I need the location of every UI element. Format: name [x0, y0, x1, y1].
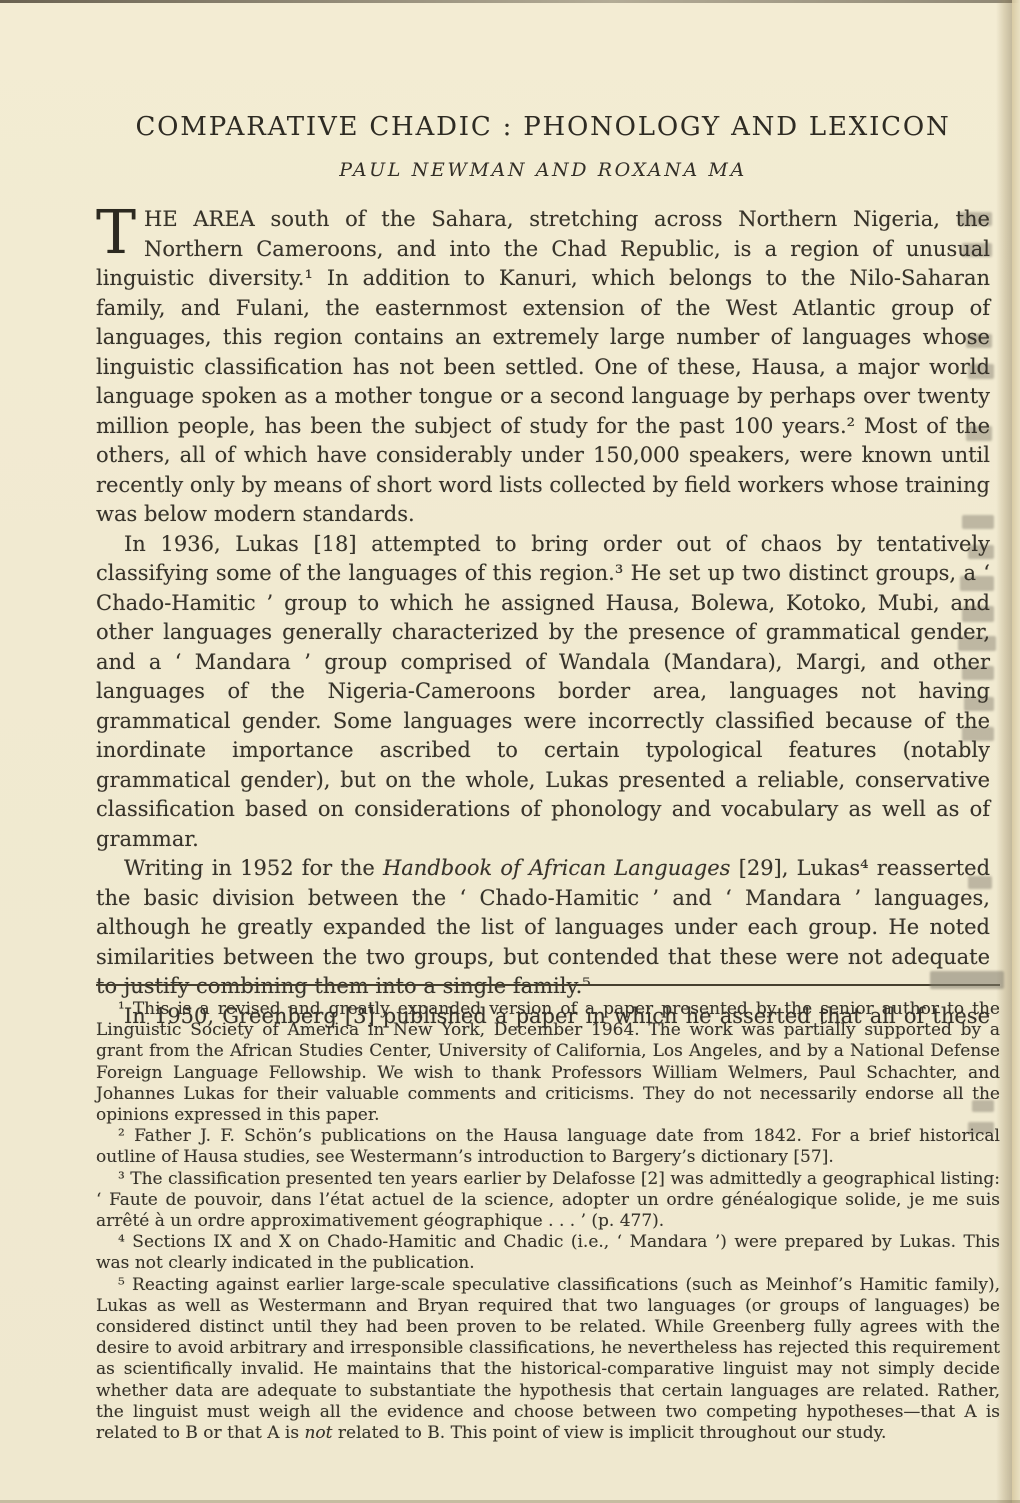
footnotes-block: ¹ This is a revised and greatly expanded… — [96, 999, 1000, 1444]
footnote-separator-rule — [96, 984, 1000, 986]
body-paragraph-3: Writing in 1952 for the Handbook of Afri… — [96, 854, 990, 1002]
article-body: THE AREA south of the Sahara, stretching… — [96, 205, 990, 1031]
footnote-5: ⁵ Reacting against earlier large-scale s… — [96, 1275, 1000, 1445]
dropcap-letter: T — [96, 205, 144, 259]
footnote-4: ⁴ Sections IX and X on Chado-Hamitic and… — [96, 1232, 1000, 1274]
body-paragraph-2: In 1936, Lukas [18] attempted to bring o… — [96, 530, 990, 855]
footnote-1: ¹ This is a revised and greatly expanded… — [96, 999, 1000, 1126]
scan-page-edge — [1012, 0, 1020, 1503]
footnote-3: ³ The classification presented ten years… — [96, 1169, 1000, 1233]
page-title: COMPARATIVE CHADIC : PHONOLOGY AND LEXIC… — [96, 112, 990, 142]
scan-top-edge — [0, 0, 1020, 3]
scanned-paper-page: COMPARATIVE CHADIC : PHONOLOGY AND LEXIC… — [0, 0, 1020, 1503]
body-paragraph-1: THE AREA south of the Sahara, stretching… — [96, 205, 990, 530]
scan-smudge — [930, 971, 1004, 989]
authors-line: PAUL NEWMAN AND ROXANA MA — [96, 159, 990, 181]
footnote-2: ² Father J. F. Schön’s publications on t… — [96, 1126, 1000, 1168]
body-paragraph-1-text: HE AREA south of the Sahara, stretching … — [96, 207, 990, 526]
